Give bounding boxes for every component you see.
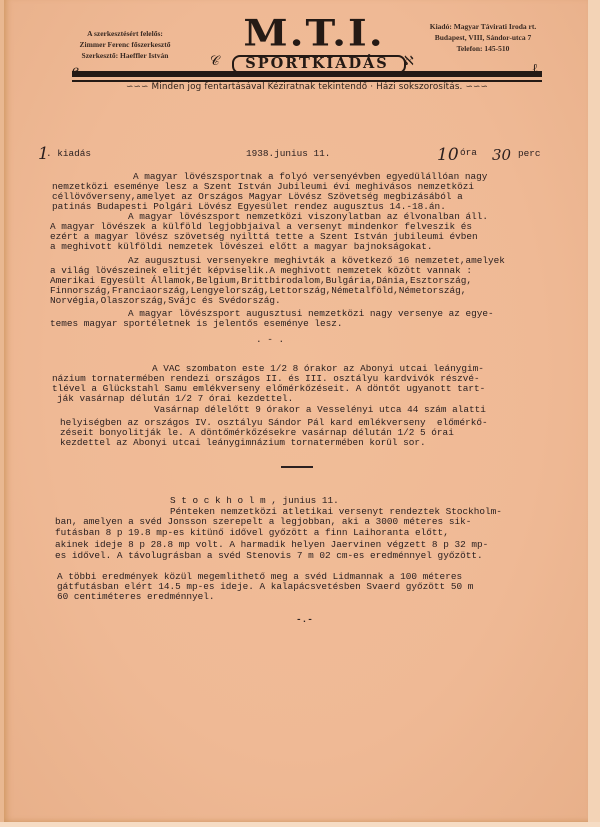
scroll-ornament-icon: ℵ <box>404 56 414 68</box>
article-line: ban, amelyen a svéd Jonsson szerepelt a … <box>55 517 471 527</box>
scroll-ornament-icon: 𝒞 <box>210 56 219 68</box>
publisher-info: Kiadó: Magyar Távirati Iroda rt. Budapes… <box>408 21 558 54</box>
article-line: futásban 8 p 19.8 mp-es kitünő idővel gy… <box>55 528 449 538</box>
edition-label: . kiadás <box>46 149 91 159</box>
article-line: akinek ideje 8 p 28.8 mp volt. A harmadi… <box>55 540 488 550</box>
sportkiadas-title: SPORTKIADÁS <box>222 55 412 72</box>
tagline-text: Minden jog fentartásával Kéziratnak teki… <box>151 82 462 92</box>
publisher: Kiadó: Magyar Távirati Iroda rt. <box>408 21 558 32</box>
page-edge <box>588 0 600 827</box>
rights-tagline: ∽∽∽ Minden jog fentartásával Kéziratnak … <box>72 82 542 92</box>
article-line: Vasárnap délelőtt 9 órakor a Vesselényi … <box>154 405 486 415</box>
page-edge-bottom <box>0 822 600 827</box>
phone: Telefon: 145-510 <box>408 43 558 54</box>
article-line: Norvégia,Olaszország,Svájc és Svédország… <box>50 296 281 306</box>
article-line: temes magyar sportéletnek is jelentős es… <box>50 319 343 329</box>
minute-label: perc <box>518 149 541 159</box>
editor-credits: A szerkesztésért felelős: Zimmer Ferenc … <box>70 28 180 61</box>
editor: Szerkesztő: Haeffler István <box>70 50 180 61</box>
chief-editor: Zimmer Ferenc főszerkesztő <box>70 39 180 50</box>
article-line: 60 centiméteres eredménnyel. <box>57 592 215 602</box>
article-line: kezdettel az Abonyi utcai leánygimnázium… <box>60 438 426 448</box>
article-line: es idővel. A távolugrásban a svéd Stenov… <box>55 551 483 561</box>
flourish-icon: ∽∽∽ <box>126 82 152 92</box>
flourish-icon: ∽∽∽ <box>463 82 489 92</box>
mti-logo: M.T.I. <box>222 18 406 50</box>
end-mark: -.- <box>296 615 313 625</box>
issue-date: 1938.junius 11. <box>246 149 330 159</box>
address: Budapest, VIII, Sándor-utca 7 <box>408 32 558 43</box>
issue-hour: 10 <box>437 146 459 164</box>
hour-label: óra <box>460 148 477 158</box>
article-line: a meghivott külföldi nemzetek lövészei e… <box>50 242 433 252</box>
section-separator: . - . <box>256 335 284 345</box>
responsible-editor-label: A szerkesztésért felelős: <box>70 28 180 39</box>
section-divider <box>281 466 313 468</box>
masthead-rule <box>72 71 542 77</box>
dateline: S t o c k h o l m , junius 11. <box>170 496 339 506</box>
issue-minute: 30 <box>492 146 511 164</box>
article-line: ják vasárnap délután 1/2 7 órai kezdette… <box>57 394 293 404</box>
